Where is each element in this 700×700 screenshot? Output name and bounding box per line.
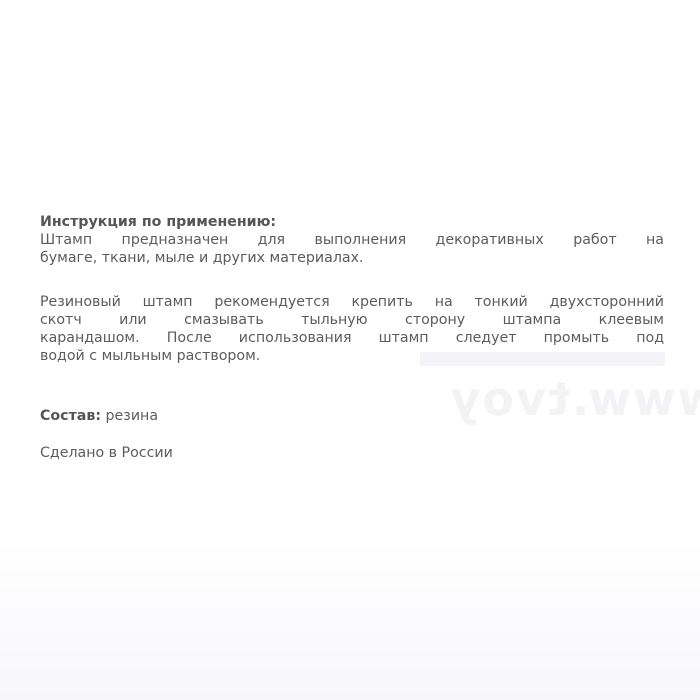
usage-paragraph: Штамп предназначен для выполнения декора… xyxy=(40,231,664,267)
composition-value: резина xyxy=(101,408,158,424)
mounting-line-3: карандашом. После использования штамп сл… xyxy=(40,329,664,347)
mounting-line-4: водой с мыльным раствором. xyxy=(40,347,664,365)
mounting-line-2: скотч или смазывать тыльную сторону штам… xyxy=(40,311,664,329)
composition: Состав: резина xyxy=(40,407,664,425)
usage-line-2: бумаге, ткани, мыле и других материалах. xyxy=(40,249,664,267)
country-of-origin: Сделано в России xyxy=(40,444,664,462)
instructions-title: Инструкция по применению: xyxy=(40,213,664,231)
mounting-line-1: Резиновый штамп рекомендуется крепить на… xyxy=(40,293,664,311)
composition-label: Состав: xyxy=(40,408,101,424)
usage-line-1: Штамп предназначен для выполнения декора… xyxy=(40,231,664,249)
mounting-paragraph: Резиновый штамп рекомендуется крепить на… xyxy=(40,293,664,365)
